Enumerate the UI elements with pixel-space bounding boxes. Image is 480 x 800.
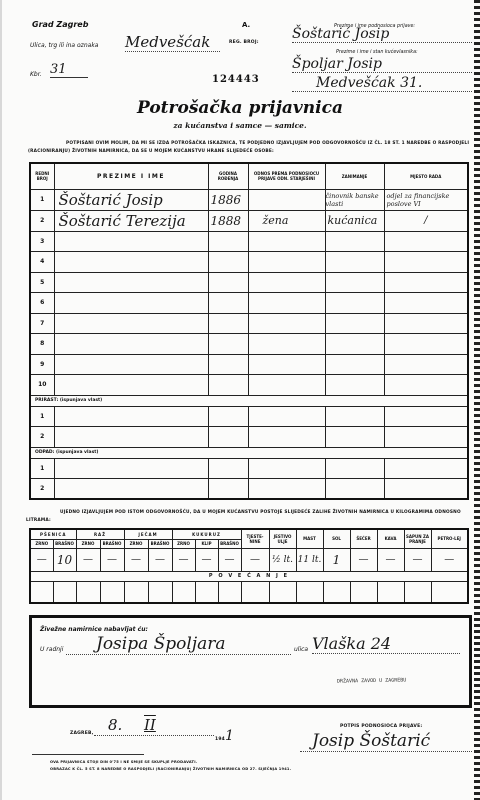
person-name[interactable]: Šoštarić Terezija <box>54 210 208 231</box>
person-occupation[interactable]: činovnik banske vlasti <box>325 189 384 210</box>
supply-label: Živežne namirnice nabavljat ću: <box>40 626 148 633</box>
landlord-field[interactable]: Špoljar Josip <box>292 56 472 73</box>
person-name[interactable] <box>54 252 208 273</box>
person-relation[interactable] <box>248 354 325 375</box>
stock-value[interactable]: 1 <box>323 548 350 571</box>
odpad-row: 2 <box>30 479 468 500</box>
odpad-row: 1 <box>30 458 468 479</box>
person-workplace[interactable] <box>384 272 468 293</box>
date-day: 8. <box>108 716 122 734</box>
sub-header-brasno: BRAŠNO <box>148 539 172 548</box>
landlord-address-field[interactable]: Medvešćak 31. <box>292 75 472 92</box>
increase-label-row: P O V E Ć A N J E <box>30 571 468 581</box>
increase-cell[interactable] <box>53 581 76 603</box>
group-header-psenica: PŠENICA <box>30 529 76 539</box>
increase-label: P O V E Ć A N J E <box>30 571 468 581</box>
row-number: 1 <box>30 406 54 427</box>
shop-street-field[interactable]: Vlaška 24 <box>312 634 460 654</box>
person-year[interactable] <box>208 458 248 479</box>
col-header-mast: MAST <box>296 529 323 548</box>
person-row: 2 Šoštarić Terezija 1888 žena kućanica / <box>30 210 468 231</box>
increase-cell[interactable] <box>100 581 124 603</box>
col-header-relation: ODNOS PREMA PODNOSIOCU PRIJAVE ODN. STAR… <box>248 163 325 189</box>
person-occupation[interactable]: kućanica <box>325 210 384 231</box>
person-name[interactable] <box>54 458 208 479</box>
year-suffix[interactable]: 1 <box>225 728 234 744</box>
stock-value[interactable]: — <box>404 548 431 571</box>
person-year[interactable] <box>208 252 248 273</box>
person-name[interactable] <box>54 479 208 500</box>
person-occupation[interactable] <box>325 354 384 375</box>
landlord-label: Prezime i ime i stan kućevlasnika: <box>336 50 418 55</box>
house-number-label: Kbr. <box>30 71 42 78</box>
row-number: 8 <box>30 334 54 355</box>
increase-cell[interactable] <box>195 581 218 603</box>
sub-header-zrno: ZRNO <box>76 539 100 548</box>
sub-header-klip: KLIP <box>195 539 218 548</box>
col-header-no: REDNI BROJ <box>30 163 54 189</box>
person-year[interactable] <box>208 231 248 252</box>
person-row: 10 <box>30 375 468 396</box>
person-workplace[interactable] <box>384 458 468 479</box>
person-name[interactable] <box>54 231 208 252</box>
shop-label: U radnji <box>40 646 63 653</box>
applicant-field[interactable]: Šoštarić Josip <box>292 26 472 43</box>
increase-cell[interactable] <box>241 581 269 603</box>
person-row: 5 <box>30 272 468 293</box>
row-number: 7 <box>30 313 54 334</box>
person-name[interactable]: Šoštarić Josip <box>54 189 208 210</box>
person-workplace[interactable] <box>384 334 468 355</box>
person-year[interactable] <box>208 427 248 448</box>
col-header-jestivo-ulje: JESTIVO ULJE <box>269 529 296 548</box>
increase-cell[interactable] <box>30 581 53 603</box>
increase-cell[interactable] <box>172 581 195 603</box>
increase-cell[interactable] <box>76 581 100 603</box>
stock-value[interactable]: — <box>30 548 53 571</box>
person-name[interactable] <box>54 354 208 375</box>
row-number: 3 <box>30 231 54 252</box>
increase-cell[interactable] <box>404 581 431 603</box>
stock-value[interactable]: — <box>195 548 218 571</box>
stock-value[interactable]: — <box>241 548 269 571</box>
street-label: ulica <box>294 646 308 653</box>
increase-cell[interactable] <box>431 581 468 603</box>
person-year[interactable] <box>208 354 248 375</box>
stock-table: PŠENICA RAŽ JEČAM KUKURUZ TJESTE-NINE JE… <box>29 528 469 604</box>
person-workplace[interactable] <box>384 313 468 334</box>
person-year[interactable] <box>208 293 248 314</box>
col-header-workplace: MJESTO RADA <box>384 163 468 189</box>
person-year[interactable]: 1888 <box>208 210 248 231</box>
person-name[interactable] <box>54 375 208 396</box>
increase-values-row <box>30 581 468 603</box>
person-workplace[interactable] <box>384 293 468 314</box>
increase-cell[interactable] <box>323 581 350 603</box>
footnote-divider <box>32 754 144 755</box>
page-right-edge <box>474 0 480 800</box>
person-occupation[interactable] <box>325 293 384 314</box>
increase-cell[interactable] <box>148 581 172 603</box>
row-number: 4 <box>30 252 54 273</box>
person-row: 8 <box>30 334 468 355</box>
sub-header-brasno: BRAŠNO <box>218 539 241 548</box>
person-row: 9 <box>30 354 468 375</box>
house-number-field[interactable]: 31 <box>50 62 88 78</box>
increase-cell[interactable] <box>269 581 296 603</box>
person-row: 7 <box>30 313 468 334</box>
sub-header-brasno: BRAŠNO <box>100 539 124 548</box>
person-relation[interactable] <box>248 375 325 396</box>
stock-statement: UJEDNO IZJAVLJUJEM POD ISTOM ODGOVORNOŠĆ… <box>26 509 472 525</box>
person-row: 4 <box>30 252 468 273</box>
signature-label: POTPIS PODNOSIOCA PRIJAVE: <box>340 724 422 729</box>
person-workplace[interactable] <box>384 479 468 500</box>
sub-header-zrno: ZRNO <box>124 539 148 548</box>
group-header-kukuruz: KUKURUZ <box>172 529 241 539</box>
signature-field[interactable]: Josip Šoštarić <box>300 731 472 752</box>
supply-box: Živežne namirnice nabavljat ću: U radnji… <box>29 615 472 708</box>
reg-number: 124443 <box>212 74 260 85</box>
street-field[interactable]: Medvešćak <box>125 33 220 52</box>
stock-value[interactable]: 11 lt. <box>296 548 323 571</box>
prirast-section-row: PRIRAST: (ispunjava vlast) <box>30 395 468 406</box>
person-year[interactable] <box>208 334 248 355</box>
person-name[interactable] <box>54 406 208 427</box>
col-header-petrolej: PETRO-LEJ <box>431 529 468 548</box>
row-number: 1 <box>30 189 54 210</box>
date-field[interactable]: 8. II <box>94 724 214 736</box>
person-row: 6 <box>30 293 468 314</box>
stock-value[interactable]: — <box>172 548 195 571</box>
col-header-sapun: SAPUN ZA PRANJE <box>404 529 431 548</box>
sub-header-zrno: ZRNO <box>172 539 195 548</box>
person-workplace[interactable] <box>384 375 468 396</box>
increase-cell[interactable] <box>350 581 377 603</box>
stock-value[interactable]: — <box>100 548 124 571</box>
person-workplace[interactable] <box>384 427 468 448</box>
person-workplace[interactable] <box>384 406 468 427</box>
year-prefix: 194 <box>215 737 225 742</box>
stock-value[interactable]: — <box>148 548 172 571</box>
prirast-row: 2 <box>30 427 468 448</box>
city-name: Grad Zagreb <box>32 20 88 29</box>
persons-header-row: REDNI BROJ PREZIME I IME GODINA ROĐENJA … <box>30 163 468 189</box>
person-name[interactable] <box>54 272 208 293</box>
stock-value[interactable]: ½ lt. <box>269 548 296 571</box>
reg-number-label: REG. BROJ: <box>229 40 259 45</box>
stamp-text: DRŽAVNA ZAVOD U ZAGREBU <box>337 677 406 684</box>
person-relation[interactable] <box>248 427 325 448</box>
stock-group-header-row: PŠENICA RAŽ JEČAM KUKURUZ TJESTE-NINE JE… <box>30 529 468 539</box>
person-relation[interactable] <box>248 313 325 334</box>
persons-table: REDNI BROJ PREZIME I IME GODINA ROĐENJA … <box>29 162 469 500</box>
row-number: 2 <box>30 479 54 500</box>
stock-values-row: — 10 — — — — — — — — ½ lt. 11 lt. 1 — — … <box>30 548 468 571</box>
increase-cell[interactable] <box>296 581 323 603</box>
date-month: II <box>144 716 156 734</box>
person-name[interactable] <box>54 293 208 314</box>
form-letter: A. <box>242 21 250 29</box>
person-year[interactable] <box>208 272 248 293</box>
col-header-year: GODINA ROĐENJA <box>208 163 248 189</box>
row-number: 9 <box>30 354 54 375</box>
shop-field[interactable]: Josipa Špoljara <box>66 634 291 655</box>
person-relation[interactable] <box>248 334 325 355</box>
increase-cell[interactable] <box>124 581 148 603</box>
date-year: 1941 <box>215 725 234 744</box>
col-header-sol: SOL <box>323 529 350 548</box>
prirast-label: PRIRAST: (ispunjava vlast) <box>30 395 468 406</box>
person-occupation[interactable] <box>325 375 384 396</box>
stock-value[interactable]: 10 <box>53 548 76 571</box>
person-relation[interactable] <box>248 293 325 314</box>
person-occupation[interactable] <box>325 272 384 293</box>
group-header-jecam: JEČAM <box>124 529 172 539</box>
row-number: 1 <box>30 458 54 479</box>
footnote-price: OVA PRIJAVNICA STOJI DIN 0'75 I NE SMIJE… <box>50 760 197 764</box>
person-workplace[interactable]: odjel za financijske poslove VI <box>384 189 468 210</box>
person-workplace[interactable] <box>384 354 468 375</box>
sub-header-zrno: ZRNO <box>30 539 53 548</box>
col-header-tjestenine: TJESTE-NINE <box>241 529 269 548</box>
increase-cell[interactable] <box>377 581 404 603</box>
person-occupation[interactable] <box>325 252 384 273</box>
increase-cell[interactable] <box>218 581 241 603</box>
person-year[interactable] <box>208 313 248 334</box>
person-row: 1 Šoštarić Josip 1886 činovnik banske vl… <box>30 189 468 210</box>
stock-value[interactable]: — <box>76 548 100 571</box>
col-header-kava: KAVA <box>377 529 404 548</box>
odpad-section-row: ODPAD: (ispunjava vlast) <box>30 447 468 458</box>
person-row: 3 <box>30 231 468 252</box>
person-occupation[interactable] <box>325 334 384 355</box>
person-occupation[interactable] <box>325 406 384 427</box>
row-number: 2 <box>30 210 54 231</box>
person-year[interactable] <box>208 375 248 396</box>
person-name[interactable] <box>54 313 208 334</box>
person-workplace[interactable] <box>384 231 468 252</box>
person-relation[interactable] <box>248 479 325 500</box>
stock-value[interactable]: — <box>377 548 404 571</box>
person-relation[interactable] <box>248 272 325 293</box>
person-occupation[interactable] <box>325 479 384 500</box>
form-title: Potrošačka prijavnica <box>0 98 480 118</box>
col-header-occupation: ZANIMANJE <box>325 163 384 189</box>
person-relation[interactable] <box>248 406 325 427</box>
odpad-label: ODPAD: (ispunjava vlast) <box>30 447 468 458</box>
person-occupation[interactable] <box>325 231 384 252</box>
place-label: ZAGREB, <box>70 731 94 736</box>
person-name[interactable] <box>54 427 208 448</box>
row-number: 5 <box>30 272 54 293</box>
person-year[interactable] <box>208 479 248 500</box>
row-number: 2 <box>30 427 54 448</box>
person-relation[interactable]: žena <box>248 210 325 231</box>
person-occupation[interactable] <box>325 458 384 479</box>
prirast-row: 1 <box>30 406 468 427</box>
stock-value[interactable]: — <box>124 548 148 571</box>
row-number: 10 <box>30 375 54 396</box>
person-name[interactable] <box>54 334 208 355</box>
stock-value[interactable]: — <box>218 548 241 571</box>
footnote-regulation: OBRAZAC K ČL. 5 ST. 8 NAREDBE O RASPODJE… <box>50 767 291 771</box>
row-number: 6 <box>30 293 54 314</box>
person-relation[interactable] <box>248 252 325 273</box>
form-subtitle: za kućanstva i samce — samice. <box>0 121 480 130</box>
col-header-name: PREZIME I IME <box>54 163 208 189</box>
person-relation[interactable] <box>248 231 325 252</box>
person-relation[interactable] <box>248 458 325 479</box>
person-occupation[interactable] <box>325 427 384 448</box>
page-left-edge <box>0 0 2 800</box>
person-workplace[interactable] <box>384 252 468 273</box>
person-relation[interactable] <box>248 189 325 210</box>
intro-statement: POTPISANI OVIM MOLIM, DA MI SE IZDA POTR… <box>28 140 472 155</box>
person-year[interactable] <box>208 406 248 427</box>
person-year[interactable]: 1886 <box>208 189 248 210</box>
person-occupation[interactable] <box>325 313 384 334</box>
stock-value[interactable]: — <box>431 548 468 571</box>
person-workplace[interactable]: / <box>384 210 468 231</box>
sub-header-brasno: BRAŠNO <box>53 539 76 548</box>
col-header-secer: ŠEĆER <box>350 529 377 548</box>
stock-value[interactable]: — <box>350 548 377 571</box>
street-label: Ulica, trg ili ina oznaka <box>30 42 98 49</box>
group-header-raz: RAŽ <box>76 529 124 539</box>
